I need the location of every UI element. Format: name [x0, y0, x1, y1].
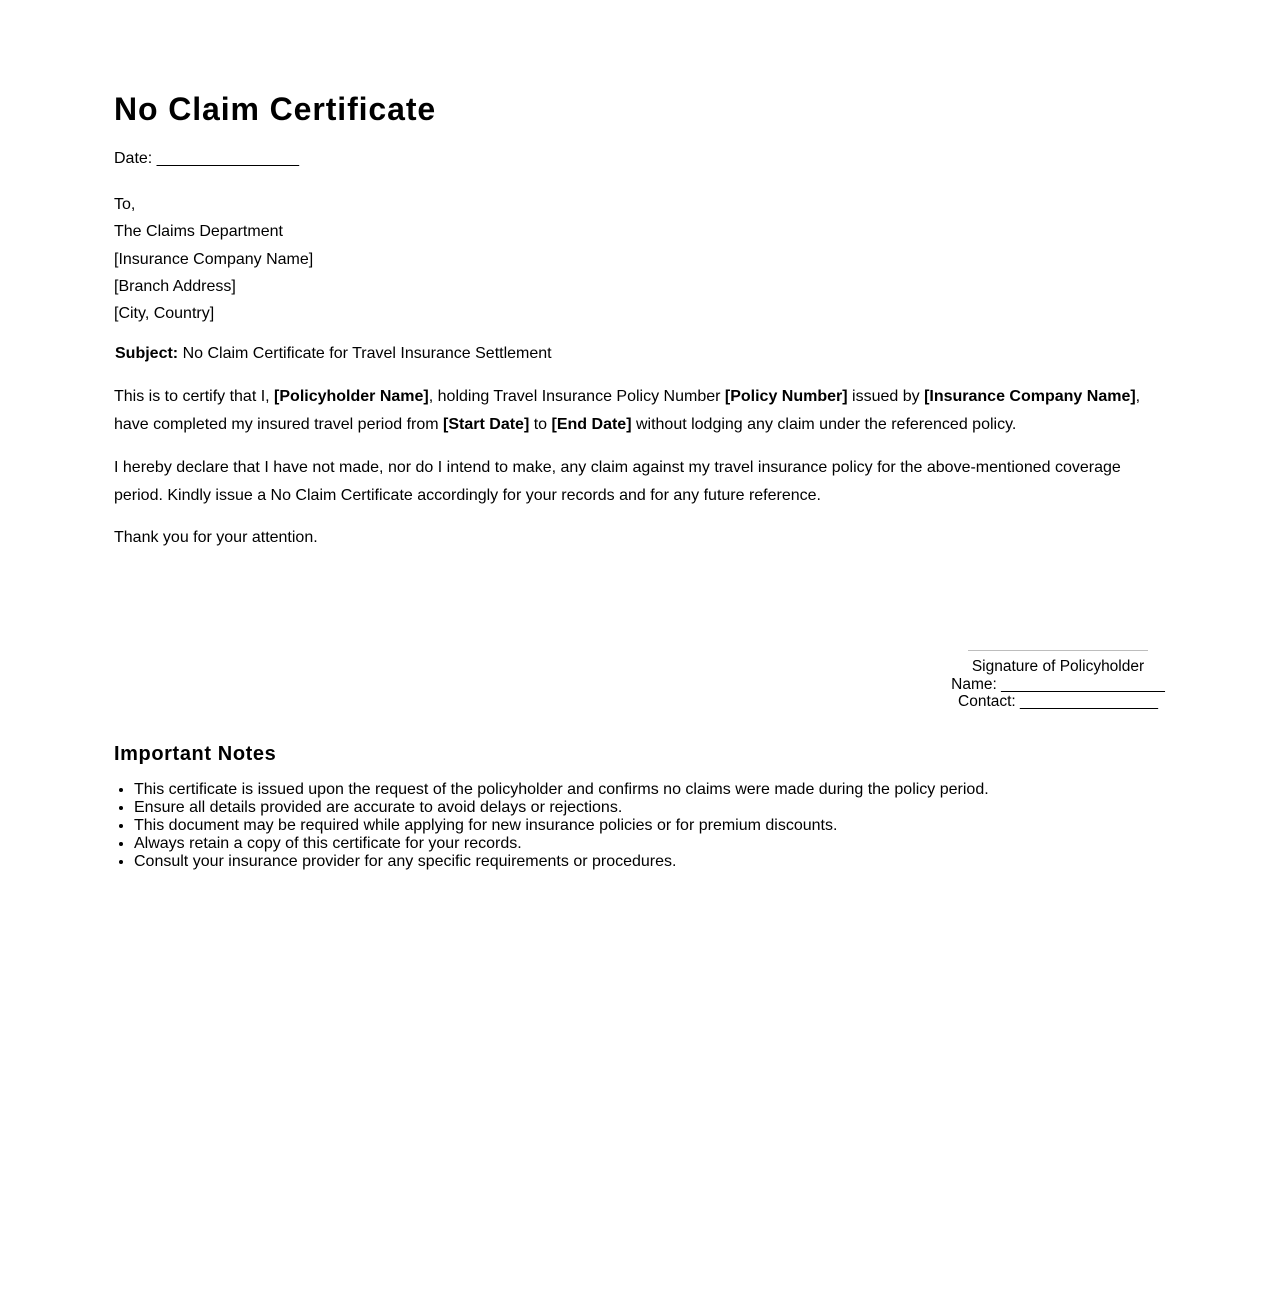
- closing-paragraph: Thank you for your attention.: [114, 524, 1154, 552]
- declaration-paragraph: I hereby declare that I have not made, n…: [114, 454, 1154, 509]
- signature-name-line: Name: ___________________: [938, 676, 1178, 694]
- recipient-salutation: To,: [114, 191, 313, 218]
- note-item: This certificate is issued upon the requ…: [134, 781, 989, 799]
- note-item: Ensure all details provided are accurate…: [134, 799, 989, 817]
- recipient-city: [City, Country]: [114, 300, 313, 327]
- note-item: Consult your insurance provider for any …: [134, 853, 989, 871]
- signature-block: Signature of Policyholder Name: ________…: [938, 650, 1178, 711]
- text: without lodging any claim under the refe…: [632, 416, 1017, 433]
- policyholder-name-placeholder: [Policyholder Name]: [274, 388, 429, 405]
- recipient-company: [Insurance Company Name]: [114, 246, 313, 273]
- subject-label: Subject:: [115, 345, 178, 362]
- signature-contact-line: Contact: ________________: [938, 693, 1178, 711]
- start-date-placeholder: [Start Date]: [443, 416, 529, 433]
- recipient-department: The Claims Department: [114, 218, 313, 245]
- text: issued by: [848, 388, 924, 405]
- certification-paragraph: This is to certify that I, [Policyholder…: [114, 383, 1154, 438]
- recipient-branch: [Branch Address]: [114, 273, 313, 300]
- date-blank: ________________: [157, 150, 299, 167]
- note-item: This document may be required while appl…: [134, 817, 989, 835]
- policy-number-placeholder: [Policy Number]: [725, 388, 848, 405]
- end-date-placeholder: [End Date]: [552, 416, 632, 433]
- date-label: Date:: [114, 150, 152, 167]
- signature-line: [968, 650, 1148, 651]
- signature-label: Signature of Policyholder: [938, 658, 1178, 676]
- recipient-address: To, The Claims Department [Insurance Com…: [114, 191, 313, 327]
- insurance-company-placeholder: [Insurance Company Name]: [924, 388, 1136, 405]
- notes-list: This certificate is issued upon the requ…: [114, 781, 989, 871]
- text: This is to certify that I,: [114, 388, 274, 405]
- subject-line: Subject: No Claim Certificate for Travel…: [115, 344, 552, 364]
- subject-text: No Claim Certificate for Travel Insuranc…: [178, 345, 551, 362]
- document-title: No Claim Certificate: [114, 89, 436, 129]
- notes-heading: Important Notes: [114, 741, 276, 767]
- text: , holding Travel Insurance Policy Number: [429, 388, 725, 405]
- date-line: Date: ________________: [114, 149, 299, 169]
- note-item: Always retain a copy of this certificate…: [134, 835, 989, 853]
- text: to: [529, 416, 551, 433]
